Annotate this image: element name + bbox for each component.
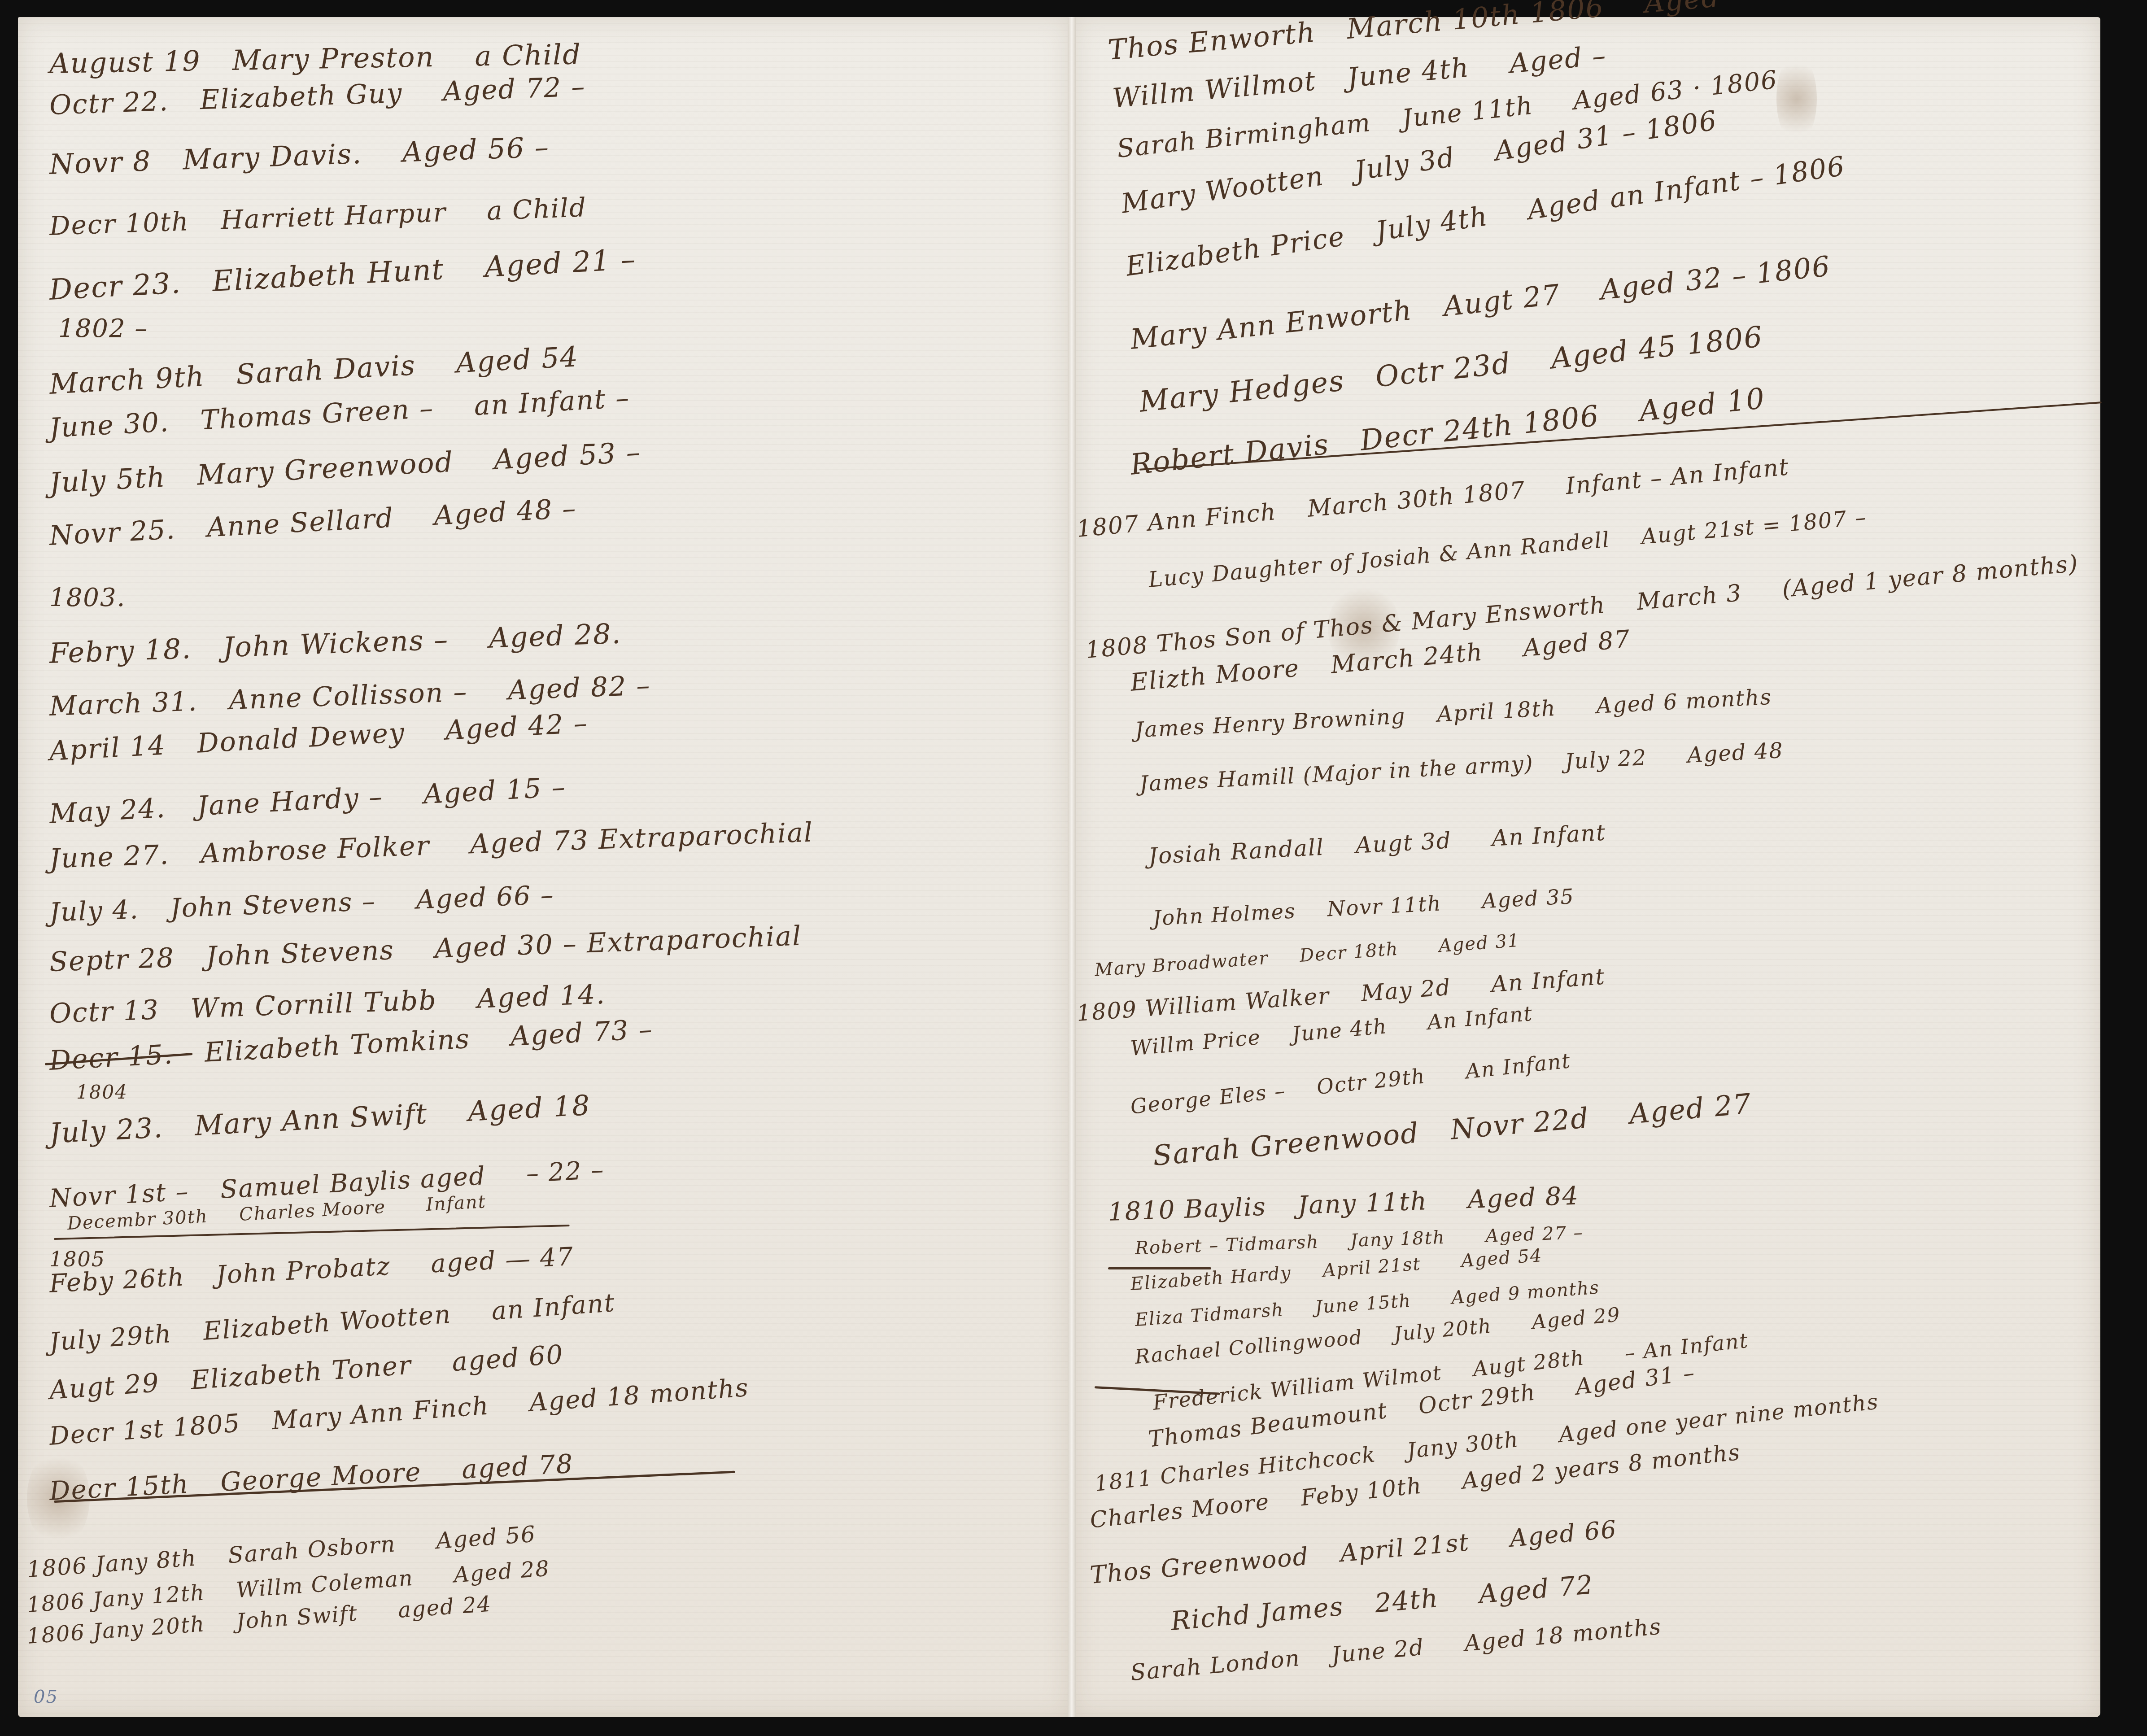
entry-note: Aged 14.: [476, 979, 606, 1015]
entry-note: Aged 82 –: [507, 670, 651, 706]
entry-date: Jany 18th: [1350, 1227, 1445, 1251]
entry-date: May 24.: [48, 792, 166, 829]
entry-note: Aged 54: [455, 340, 580, 379]
entry-note: Aged 18: [467, 1089, 591, 1128]
year-heading: 1802 –: [58, 314, 179, 343]
entry-note: Infant: [426, 1191, 487, 1215]
entry-note: Aged 48: [1687, 738, 1784, 768]
entry-note: Aged 28.: [489, 617, 622, 654]
entry-note: – 22 –: [525, 1155, 605, 1188]
entry-date: Decr 23.: [48, 267, 182, 307]
year-text: 1802 –: [58, 314, 148, 343]
entry-name: Mary Preston: [232, 40, 435, 77]
entry-date: Jany 11th: [1297, 1186, 1428, 1220]
entry-note: a Child: [486, 192, 587, 226]
margin-mark: 05: [34, 1687, 58, 1707]
entry-date: June 27.: [49, 839, 170, 875]
entry-date: July 5th: [48, 460, 166, 499]
year-text: 1804: [76, 1081, 128, 1103]
entry-date: March 31.: [49, 685, 198, 722]
entry-name: John Stevens: [205, 934, 395, 973]
entry-name: Mary Davis.: [182, 137, 362, 176]
entry-note: Aged 84: [1467, 1181, 1580, 1214]
entry-date: July 23.: [48, 1111, 164, 1150]
entry-note: a Child: [475, 38, 582, 72]
book-gutter: [1068, 17, 1076, 1717]
entry-date: August 19: [49, 44, 201, 80]
entry-date: Octr 13: [49, 994, 160, 1029]
entry-date: July 4.: [49, 894, 140, 928]
entry-date: 24th: [1374, 1583, 1440, 1618]
entry-date: Octr 22.: [49, 86, 169, 121]
entry-date: Septr 28: [49, 942, 175, 978]
entry-note: Aged: [1643, 0, 1721, 19]
year-heading: 1804: [76, 1081, 159, 1103]
entry-date: Decr 10th: [49, 206, 190, 241]
entry-date: June 30.: [48, 406, 170, 444]
entry-date: July 22: [1564, 745, 1648, 774]
year-heading: 1803.: [49, 583, 157, 612]
entry-date: Febry 18.: [49, 632, 192, 670]
entry-name: 1810 Baylis: [1108, 1192, 1267, 1227]
entry-date: April 14: [48, 729, 167, 767]
entry-note: Aged 56 –: [402, 131, 550, 168]
entry-note: Aged 35: [1481, 884, 1575, 913]
underline-1810: [1108, 1267, 1211, 1269]
entry-note: Aged 72 –: [442, 71, 586, 107]
entry-date: Augt 3d: [1355, 828, 1452, 859]
entry-date: Novr 25.: [48, 514, 176, 552]
entry-note: Aged 66 –: [415, 880, 554, 915]
year-text: 1803.: [49, 583, 126, 612]
entry-date: Novr 8: [49, 144, 152, 181]
